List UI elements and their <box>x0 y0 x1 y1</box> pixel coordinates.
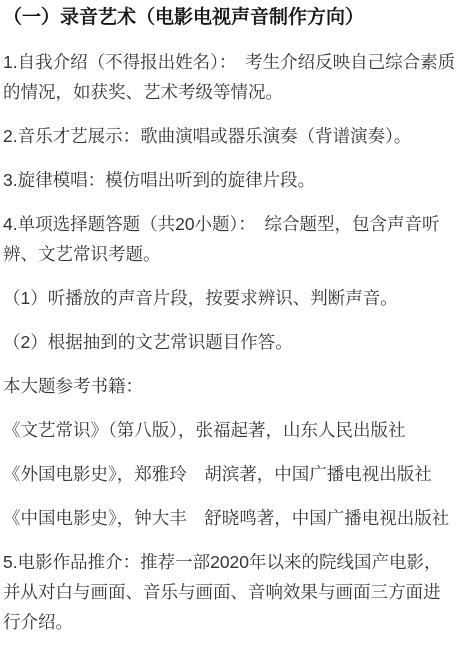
paragraph-music-talent: 2.音乐才艺展示：歌曲演唱或器乐演奏（背谱演奏）。 <box>3 121 457 151</box>
paragraph-self-intro: 1.自我介绍（不得报出姓名）： 考生介绍反映自己综合素质的情况，如获奖、艺术考级… <box>3 47 457 107</box>
paragraph-sub-item-2: （2）根据抽到的文艺常识题目作答。 <box>3 327 457 357</box>
paragraph-book-foreign-film-history: 《外国电影史》，郑雅玲 胡滨著，中国广播电视出版社 <box>3 459 457 489</box>
paragraph-melody-imitation: 3.旋律模唱：模仿唱出听到的旋律片段。 <box>3 165 457 195</box>
paragraph-reference-books-heading: 本大题参考书籍： <box>3 371 457 401</box>
paragraph-sub-item-1: （1）听播放的声音片段，按要求辨识、判断声音。 <box>3 283 457 313</box>
paragraph-book-literary-knowledge: 《文艺常识》（第八版），张福起著，山东人民出版社 <box>3 415 457 445</box>
exam-description-document: （一）录音艺术（电影电视声音制作方向） 1.自我介绍（不得报出姓名）： 考生介绍… <box>0 0 460 668</box>
paragraph-film-recommendation: 5.电影作品推介：推荐一部2020年以来的院线国产电影，并从对白与画面、音乐与画… <box>3 547 457 637</box>
section-title: （一）录音艺术（电影电视声音制作方向） <box>3 5 457 31</box>
paragraph-multiple-choice: 4.单项选择题答题（共20小题）： 综合题型，包含声音听辨、文艺常识考题。 <box>3 209 457 269</box>
paragraph-book-chinese-film-history: 《中国电影史》，钟大丰 舒晓鸣著，中国广播电视出版社 <box>3 503 457 533</box>
